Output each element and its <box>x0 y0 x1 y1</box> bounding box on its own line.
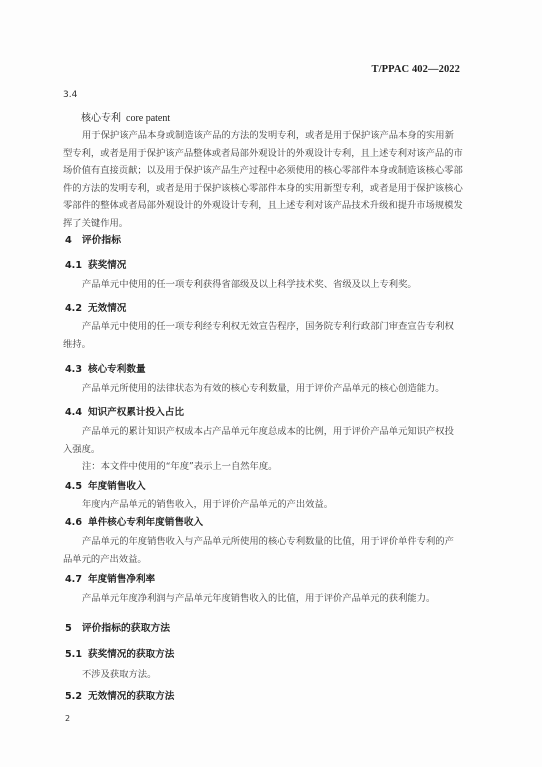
section-4-7-heading: 4.7年度销售净利率 <box>65 571 155 585</box>
section-4-5-text: 年度内产品单元的销售收入，用于评价产品单元的产出效益。 <box>63 496 463 514</box>
section-5-2-heading: 5.2无效情况的获取方法 <box>65 688 174 702</box>
section-4-3-text: 产品单元所使用的法律状态为有效的核心专利数量，用于评价产品单元的核心创造能力。 <box>63 380 463 398</box>
section-4-6-heading: 4.6单件核心专利年度销售收入 <box>65 514 203 528</box>
section-4-3-heading: 4.3核心专利数量 <box>65 361 146 375</box>
section-4-4-heading: 4.4知识产权累计投入占比 <box>65 404 184 418</box>
section-4-4-note: 注：本文件中使用的“年度”表示上一自然年度。 <box>63 458 463 476</box>
document-id-header: T/PPAC 402—2022 <box>371 64 460 75</box>
page-number: 2 <box>65 714 70 723</box>
document-page: T/PPAC 402—2022 3.4 核心专利core patent 用于保护… <box>0 0 542 767</box>
term-number: 3.4 <box>63 90 77 100</box>
section-4-1-text: 产品单元中使用的任一项专利获得省部级及以上科学技术奖、省级及以上专利奖。 <box>63 276 463 294</box>
section-4-4-text: 产品单元的累计知识产权成本占产品单元年度总成本的比例，用于评价产品单元知识产权投… <box>63 423 463 458</box>
section-4-6-text: 产品单元的年度销售收入与产品单元所使用的核心专利数量的比值，用于评价单件专利的产… <box>63 533 463 568</box>
section-4-2-heading: 4.2无效情况 <box>65 300 126 314</box>
term-english: core patent <box>126 113 170 124</box>
term-heading: 核心专利core patent <box>81 109 170 124</box>
section-5-1-text: 不涉及获取方法。 <box>63 666 463 684</box>
section-5-1-heading: 5.1获奖情况的获取方法 <box>65 646 174 660</box>
section-4-heading: 4评价指标 <box>65 232 121 246</box>
section-5-heading: 5评价指标的获取方法 <box>65 620 170 634</box>
term-definition: 用于保护该产品本身或制造该产品的方法的发明专利，或者是用于保护该产品本身的实用新… <box>63 127 463 232</box>
section-4-7-text: 产品单元年度净利润与产品单元年度销售收入的比值，用于评价产品单元的获利能力。 <box>63 590 463 608</box>
section-4-2-text: 产品单元中使用的任一项专利经专利权无效宣告程序，国务院专利行政部门审查宣告专利权… <box>63 318 463 353</box>
term-chinese: 核心专利 <box>81 113 121 124</box>
section-4-5-heading: 4.5年度销售收入 <box>65 478 146 492</box>
section-4-1-heading: 4.1获奖情况 <box>65 257 126 271</box>
